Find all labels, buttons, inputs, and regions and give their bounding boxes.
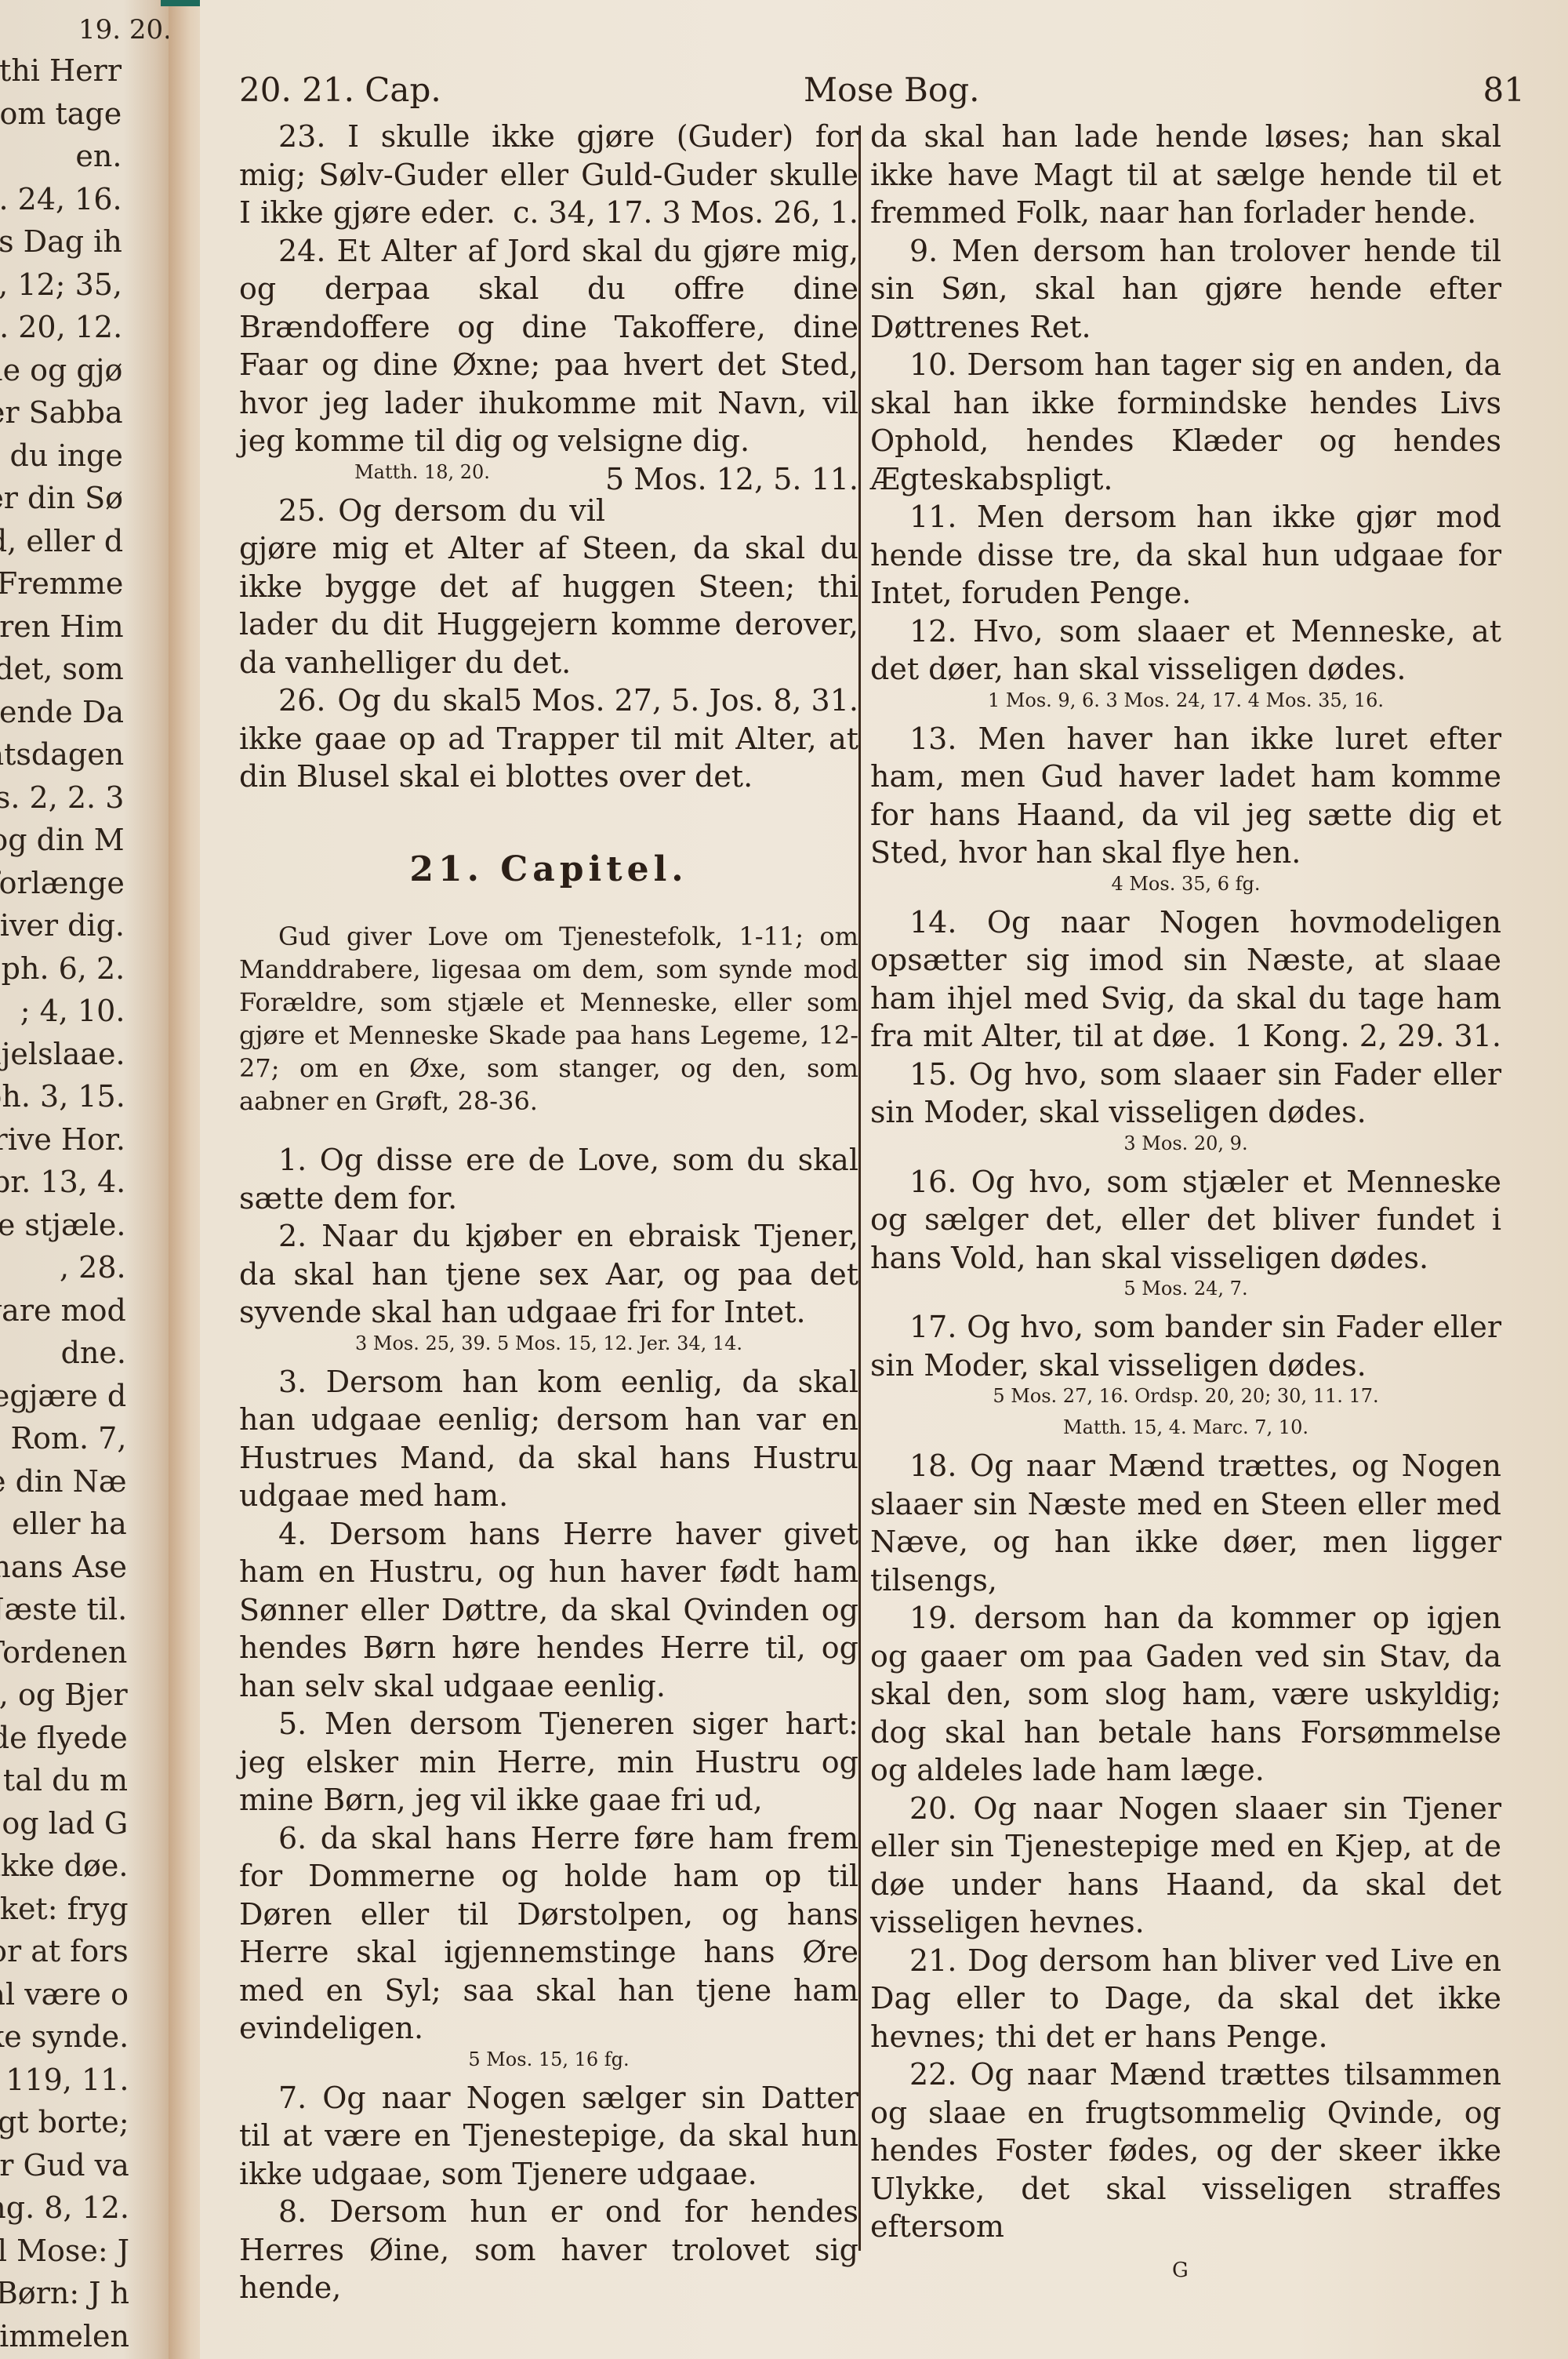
verse-number: 19. <box>870 1601 956 1635</box>
verse: 24. Et Alter af Jord skal du gjøre mig, … <box>239 232 858 460</box>
verse-text: Og hvo, som stjæler et Menneske og sælge… <box>870 1165 1501 1275</box>
left-page-line: . Ps. 119, 11. <box>0 2064 129 2095</box>
verse-number: 10. <box>870 347 956 382</box>
verse: 18. Og naar Mænd trættes, og Nogen slaae… <box>870 1447 1501 1599</box>
verse: 10. Dersom han tager sig en anden, da sk… <box>870 346 1501 498</box>
left-page-line: dne. <box>61 1337 126 1369</box>
left-page-line: u arbeide og gjø <box>0 354 122 386</box>
verse: 6. da skal hans Herre føre ham frem for … <box>239 1819 858 2048</box>
left-page-line: e kunne forlænge <box>0 867 125 899</box>
left-page-line: Ebr. 13, 4. <box>0 1166 125 1198</box>
left-page-line: ; 4, 10. <box>20 995 125 1027</box>
left-page-header: 19. 20. Cap. <box>78 14 176 45</box>
left-page-line: ulle ikke synde. <box>0 2021 129 2052</box>
verse: 5. Men dersom Tjeneren siger hart: jeg e… <box>239 1705 858 1819</box>
verse: 13. Men haver han ikke luret efter ham, … <box>870 720 1501 872</box>
verse-number: 4. <box>239 1517 307 1551</box>
verse-text: Og naar Mænd trættes, og Nogen slaaer si… <box>870 1448 1501 1598</box>
cross-reference: 5 Mos. 12, 5. 11. <box>605 460 858 499</box>
verse-number: 24. <box>239 234 325 268</box>
verse-number: 1. <box>239 1143 307 1177</box>
left-page-line: uskyldig, som tage <box>0 98 122 129</box>
left-page-line: i ikke døe. <box>0 1850 128 1881</box>
verse-number: 26. <box>239 683 325 718</box>
verse-text: dersom han da kommer op igjen og gaaer o… <box>870 1601 1501 1787</box>
left-page-line: igen; thi Herr <box>0 55 122 86</box>
cross-reference: 5 Mos. 27, 5. Jos. 8, 31. <box>503 682 858 720</box>
left-page-line: Svend, eller ha <box>0 1508 127 1539</box>
left-page-line: e, eller hans Ase <box>0 1551 127 1583</box>
verse-number: 11. <box>870 500 956 534</box>
left-page-line: l ikke begjære d <box>0 1380 126 1412</box>
left-page-line: tod langt borte; <box>0 2106 129 2138</box>
header-book: Mose Bog. <box>804 71 979 109</box>
left-page-line: il Mose: tal du m <box>0 1765 128 1796</box>
cross-reference: 3 Mos. 20, 9. <box>870 1132 1501 1155</box>
verse-continuation: da skal han lade hende løses; han skal i… <box>870 118 1501 232</box>
verse: 25. Og dersom du vil gjøre mig et Alter … <box>239 492 858 682</box>
left-page-line: da skal du inge <box>0 440 123 471</box>
left-page-line: 1 Mos. 2, 2. 3 <box>0 782 124 813</box>
chapter-summary: Gud giver Love om Tjenestefolk, 1-11; om… <box>239 920 858 1118</box>
bible-page: 20. 21. Cap. Mose Bog. 81 23. I skulle i… <box>200 0 1568 2359</box>
verse-text: Men dersom han trolover hende til sin Sø… <box>870 234 1501 344</box>
verse-text: Dersom hun er ond for hendes Herres Øine… <box>239 2194 858 2305</box>
left-page-line: rket, hvor Gud va <box>0 2150 129 2181</box>
left-page-line: t saae Tordenen <box>0 1637 127 1668</box>
left-page-line: bbatens Dag ih <box>0 226 122 257</box>
cross-reference: 1 Kong. 2, 29. 31. <box>1234 1017 1501 1056</box>
left-page-line: lydige; og lad G <box>0 1808 128 1839</box>
header-chapters: 20. 21. Cap. <box>239 71 441 109</box>
cross-reference: 4 Mos. 35, 6 fg. <box>870 872 1501 896</box>
left-page-line: de til Folket: fryg <box>0 1893 129 1925</box>
verse-number: 6. <box>239 1821 307 1856</box>
verse-number: 18. <box>870 1448 956 1483</box>
verse-number: 14. <box>870 905 956 940</box>
verse-number: 3. <box>239 1365 307 1399</box>
verse-number: 23. <box>239 119 325 154</box>
verse-number: 25. <box>239 493 325 528</box>
cross-reference: c. 34, 17. 3 Mos. 26, 1. <box>513 194 858 232</box>
verse: 20. Og naar Nogen slaaer sin Tjener elle… <box>870 1790 1501 1942</box>
verse: 23. I skulle ikke gjøre (Guder) for mig;… <box>239 118 858 232</box>
verse: 9. Men dersom han trolover hende til sin… <box>870 232 1501 347</box>
verse: 15. Og hvo, som slaaer sin Fader eller s… <box>870 1056 1501 1132</box>
previous-page-edge: 19. 20. Cap. igen; thi Herruskyldig, som… <box>0 0 176 2359</box>
verse-text: Dog dersom han bliver ved Live en Dag el… <box>870 1943 1501 2054</box>
verse-text: Naar du kjøber en ebraisk Tjener, da ska… <box>239 1219 858 1329</box>
left-page-line: ns Lyd, og Bjer <box>0 1679 128 1710</box>
left-page-line: ech. 20, 12. <box>0 311 122 343</box>
column-left: 23. I skulle ikke gjøre (Guder) for mig;… <box>239 118 858 2307</box>
left-page-line: c. 23, 12; 35, <box>0 269 122 300</box>
left-page-line: Svend, eller d <box>0 525 123 557</box>
left-page-line: et af Himmelen <box>0 2321 129 2352</box>
verse-number: 22. <box>870 2057 956 2092</box>
column-divider <box>858 125 861 2251</box>
verse-number: 20. <box>870 1791 956 1826</box>
left-page-line: Rom. 7, <box>10 1423 126 1454</box>
left-page-line: r din Næste til. <box>0 1594 127 1625</box>
left-page-line: , 28. <box>60 1252 126 1283</box>
verse: 2. Naar du kjøber en ebraisk Tjener, da … <box>239 1217 858 1332</box>
left-page-line: 1 Kong. 8, 12. <box>0 2192 129 2223</box>
verse: 14. Og naar Nogen hovmodeligen opsætter … <box>870 903 1501 1056</box>
verse-text: Dersom hans Herre haver givet ham en Hus… <box>239 1517 858 1703</box>
verse-text: Men haver han ikke luret efter ham, men … <box>870 722 1501 871</box>
verse-text: Og hvo, som slaaer sin Fader eller sin M… <box>870 1057 1501 1130</box>
left-page-line: raels Børn: J h <box>0 2277 129 2309</box>
left-page-line: . 15, 4. Eph. 6, 2. <box>0 953 125 984</box>
verse-number: 9. <box>870 234 938 268</box>
verse-number: 16. <box>870 1165 956 1199</box>
verse-text: Men dersom Tjeneren siger hart: jeg elsk… <box>239 1707 858 1817</box>
verse-number: 15. <box>870 1057 956 1092</box>
left-page-line: Fader og din M <box>0 824 125 856</box>
verse-text: Og dersom du vil gjøre mig et Alter af S… <box>239 493 858 680</box>
left-page-line: agde til Mose: J <box>0 2235 129 2266</box>
verse: 3. Dersom han kom eenlig, da skal han ud… <box>239 1363 858 1515</box>
verse-number: 17. <box>870 1310 956 1344</box>
verse-number: 7. <box>239 2081 307 2115</box>
cross-reference: 5 Mos. 15, 16 fg. <box>239 2048 858 2071</box>
left-page-line: den syvende Da <box>0 696 124 728</box>
signature-mark: G <box>1172 2259 1189 2282</box>
verse-text: Men dersom han ikke gjør mod hende disse… <box>870 500 1501 610</box>
left-page-line: gjorde Herren Him <box>0 611 124 642</box>
verse-text: Og hvo, som bander sin Fader eller sin M… <box>870 1310 1501 1383</box>
cross-reference: 3 Mos. 25, 39. 5 Mos. 15, 12. Jer. 34, 1… <box>239 1332 858 1355</box>
left-page-line: en. <box>75 140 122 172</box>
verse-text: Dersom han tager sig en anden, da skal h… <box>870 347 1501 496</box>
verse-text: Og naar Mænd trættes tilsammen og slaae … <box>870 2057 1501 2244</box>
left-page-line: n Sabbatsdagen <box>0 739 124 770</box>
cross-reference: 5 Mos. 24, 7. <box>870 1277 1501 1300</box>
left-page-line: 33. 3 Mos. 24, 16. <box>0 184 122 215</box>
verse-text: Hvo, som slaaer et Menneske, at det døer… <box>870 614 1501 687</box>
left-page-line: 1 Joh. 3, 15. <box>0 1081 125 1112</box>
cross-reference: 5 Mos. 27, 16. Ordsp. 20, 20; 30, 11. 17… <box>870 1384 1501 1408</box>
verse: 17. Og hvo, som bander sin Fader eller s… <box>870 1308 1501 1384</box>
left-page-line: n du, eller din Sø <box>0 482 123 514</box>
verse-text: Og naar Nogen sælger sin Datter til at v… <box>239 2081 858 2191</box>
verse: 11. Men dersom han ikke gjør mod hende d… <box>870 498 1501 612</box>
verse: 1. Og disse ere de Love, som du skal sæt… <box>239 1141 858 1217</box>
chapter-title: 21. Capitel. <box>239 851 858 889</box>
verse-number: 12. <box>870 614 956 649</box>
left-page-line: de Dag er Sabba <box>0 397 123 428</box>
cross-reference: Matth. 15, 4. Marc. 7, 10. <box>870 1416 1501 1439</box>
left-page-line: det, og de flyede <box>0 1722 128 1754</box>
verse-text: Et Alter af Jord skal du gjøre mig, og d… <box>239 234 858 459</box>
left-page-line: begjære din Næ <box>0 1466 127 1497</box>
left-page-line: ikke bedrive Hor. <box>0 1124 125 1155</box>
verse: 21. Dog dersom han bliver ved Live en Da… <box>870 1942 1501 2056</box>
left-page-line: nmen for at fors <box>0 1936 129 1967</box>
verse-number: 13. <box>870 722 956 756</box>
verse: 4. Dersom hans Herre haver givet ham en … <box>239 1515 858 1706</box>
verse-text: Og disse ere de Love, som du skal sætte … <box>239 1143 858 1216</box>
verse-number: 21. <box>870 1943 956 1978</box>
verse-number: 2. <box>239 1219 307 1253</box>
verse-number: 5. <box>239 1707 307 1741</box>
left-page-line: et og alt det, som <box>0 653 124 685</box>
verse-text: Dersom han kom eenlig, da skal han udgaa… <box>239 1365 858 1514</box>
running-header: 20. 21. Cap. Mose Bog. 81 <box>239 71 1525 118</box>
verse: 8. Dersom hun er ond for hendes Herres Ø… <box>239 2193 858 2307</box>
chapter-summary-text: Gud giver Love om Tjenestefolk, 1-11; om… <box>239 921 858 1116</box>
left-page-line: ke ihjelslaae. <box>0 1038 125 1070</box>
verse-text: Og naar Nogen slaaer sin Tjener eller si… <box>870 1791 1501 1940</box>
left-page-line: al ikke svare mod <box>0 1295 126 1326</box>
verse-text: da skal hans Herre føre ham frem for Dom… <box>239 1821 858 2046</box>
page-number: 81 <box>1483 71 1525 109</box>
column-right: da skal han lade hende løses; han skal i… <box>870 118 1501 2246</box>
verse-number: 8. <box>239 2194 307 2229</box>
left-page-line: Frygt skal være o <box>0 1979 129 2010</box>
left-page-line: in Gud giver dig. <box>0 910 125 941</box>
verse-text: da skal han lade hende løses; han skal i… <box>870 119 1501 230</box>
left-page-line: eller din Fremme <box>0 568 123 599</box>
left-page-line: l ikke stjæle. <box>0 1209 125 1241</box>
verse: 22. Og naar Mænd trættes tilsammen og sl… <box>870 2055 1501 2246</box>
verse: 16. Og hvo, som stjæler et Menneske og s… <box>870 1163 1501 1278</box>
verse: 19. dersom han da kommer op igjen og gaa… <box>870 1599 1501 1790</box>
cross-reference: 1 Mos. 9, 6. 3 Mos. 24, 17. 4 Mos. 35, 1… <box>870 689 1501 712</box>
verse: 12. Hvo, som slaaer et Menneske, at det … <box>870 612 1501 689</box>
verse: 7. Og naar Nogen sælger sin Datter til a… <box>239 2079 858 2194</box>
